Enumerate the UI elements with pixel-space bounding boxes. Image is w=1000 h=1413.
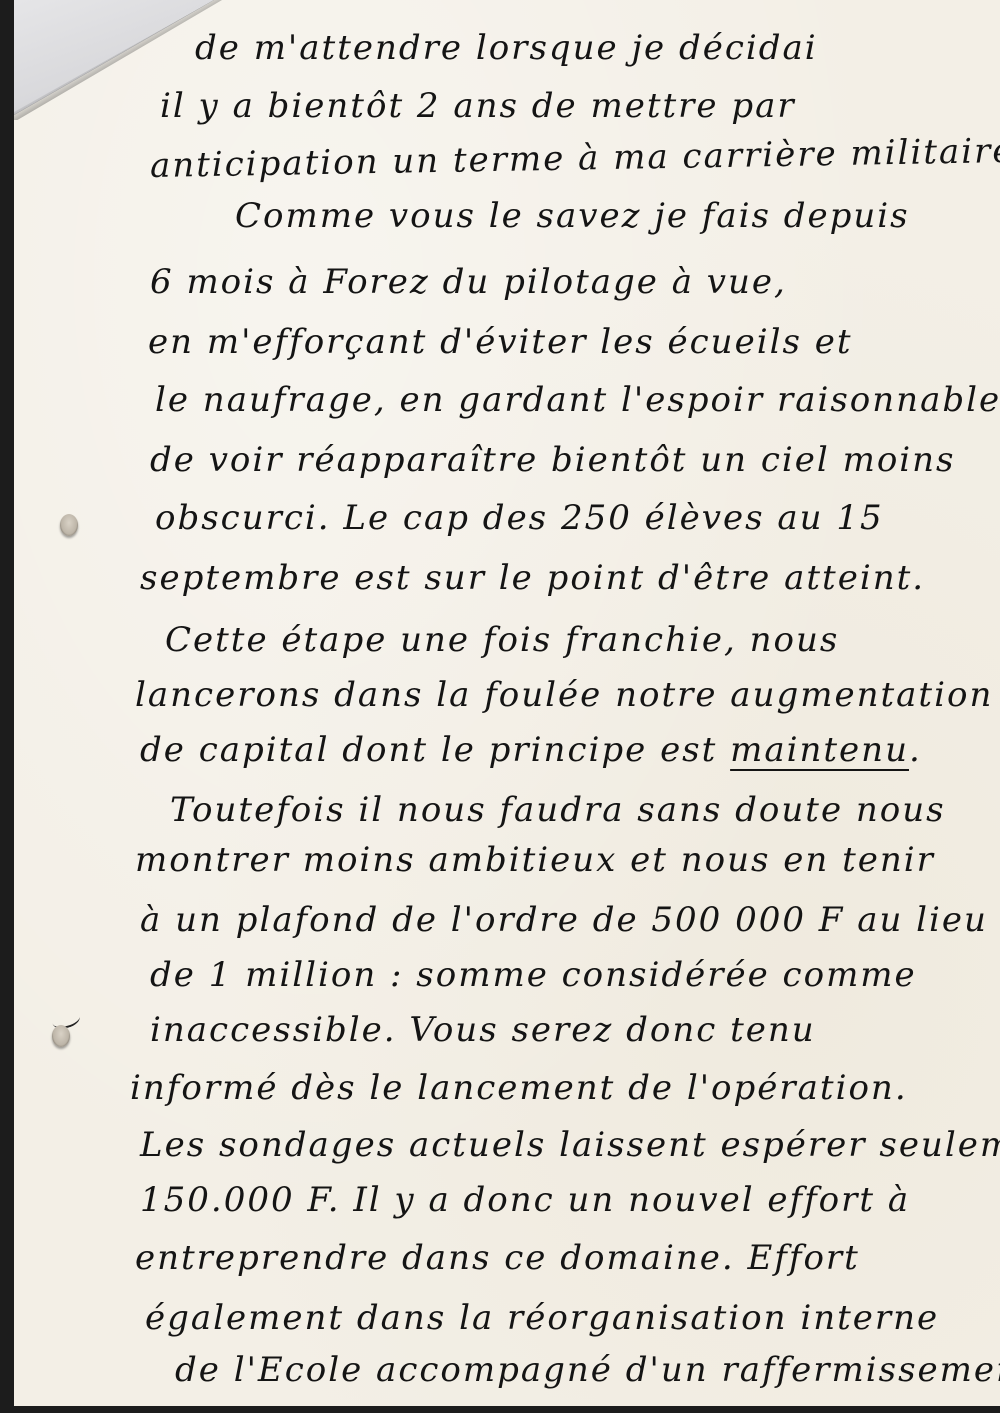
text-line: septembre est sur le point d'être attein… [140, 558, 925, 598]
text-line: également dans la réorganisation interne [145, 1298, 939, 1338]
text-line: Cette étape une fois franchie, nous [165, 620, 839, 660]
text-line: le naufrage, en gardant l'espoir raisonn… [155, 380, 1000, 420]
text-segment: de capital dont le principe est [140, 730, 730, 770]
text-line: montrer moins ambitieux et nous en tenir [135, 840, 935, 880]
text-line: Les sondages actuels laissent espérer se… [140, 1125, 1000, 1165]
text-line: informé dès le lancement de l'opération. [130, 1068, 908, 1108]
text-segment: . [909, 730, 922, 770]
handwritten-text: de m'attendre lorsque je décidai il y a … [0, 0, 1000, 1413]
text-line: de l'Ecole accompagné d'un raffermisseme… [175, 1350, 1000, 1390]
text-line: de 1 million : somme considérée comme [150, 955, 917, 995]
text-line: Comme vous le savez je fais depuis [235, 196, 910, 236]
text-line: 6 mois à Forez du pilotage à vue, [150, 262, 787, 302]
text-line: anticipation un terme à ma carrière mili… [150, 131, 1000, 186]
text-line: obscurci. Le cap des 250 élèves au 15 [155, 498, 884, 538]
text-line: en m'efforçant d'éviter les écueils et [148, 322, 853, 362]
text-line: Toutefois il nous faudra sans doute nous [170, 790, 946, 830]
text-line: entreprendre dans ce domaine. Effort [135, 1238, 860, 1278]
text-line: lancerons dans la foulée notre augmentat… [135, 675, 993, 715]
underlined-word: maintenu [730, 730, 909, 770]
text-line: il y a bientôt 2 ans de mettre par [160, 86, 796, 126]
text-line: à un plafond de l'ordre de 500 000 F au … [140, 900, 988, 940]
text-line: de m'attendre lorsque je décidai [195, 28, 818, 68]
text-line: de voir réapparaître bientôt un ciel moi… [150, 440, 956, 480]
text-line: 150.000 F. Il y a donc un nouvel effort … [140, 1180, 910, 1220]
text-line: de capital dont le principe est maintenu… [140, 730, 922, 770]
text-line: inaccessible. Vous serez donc tenu [150, 1010, 816, 1050]
